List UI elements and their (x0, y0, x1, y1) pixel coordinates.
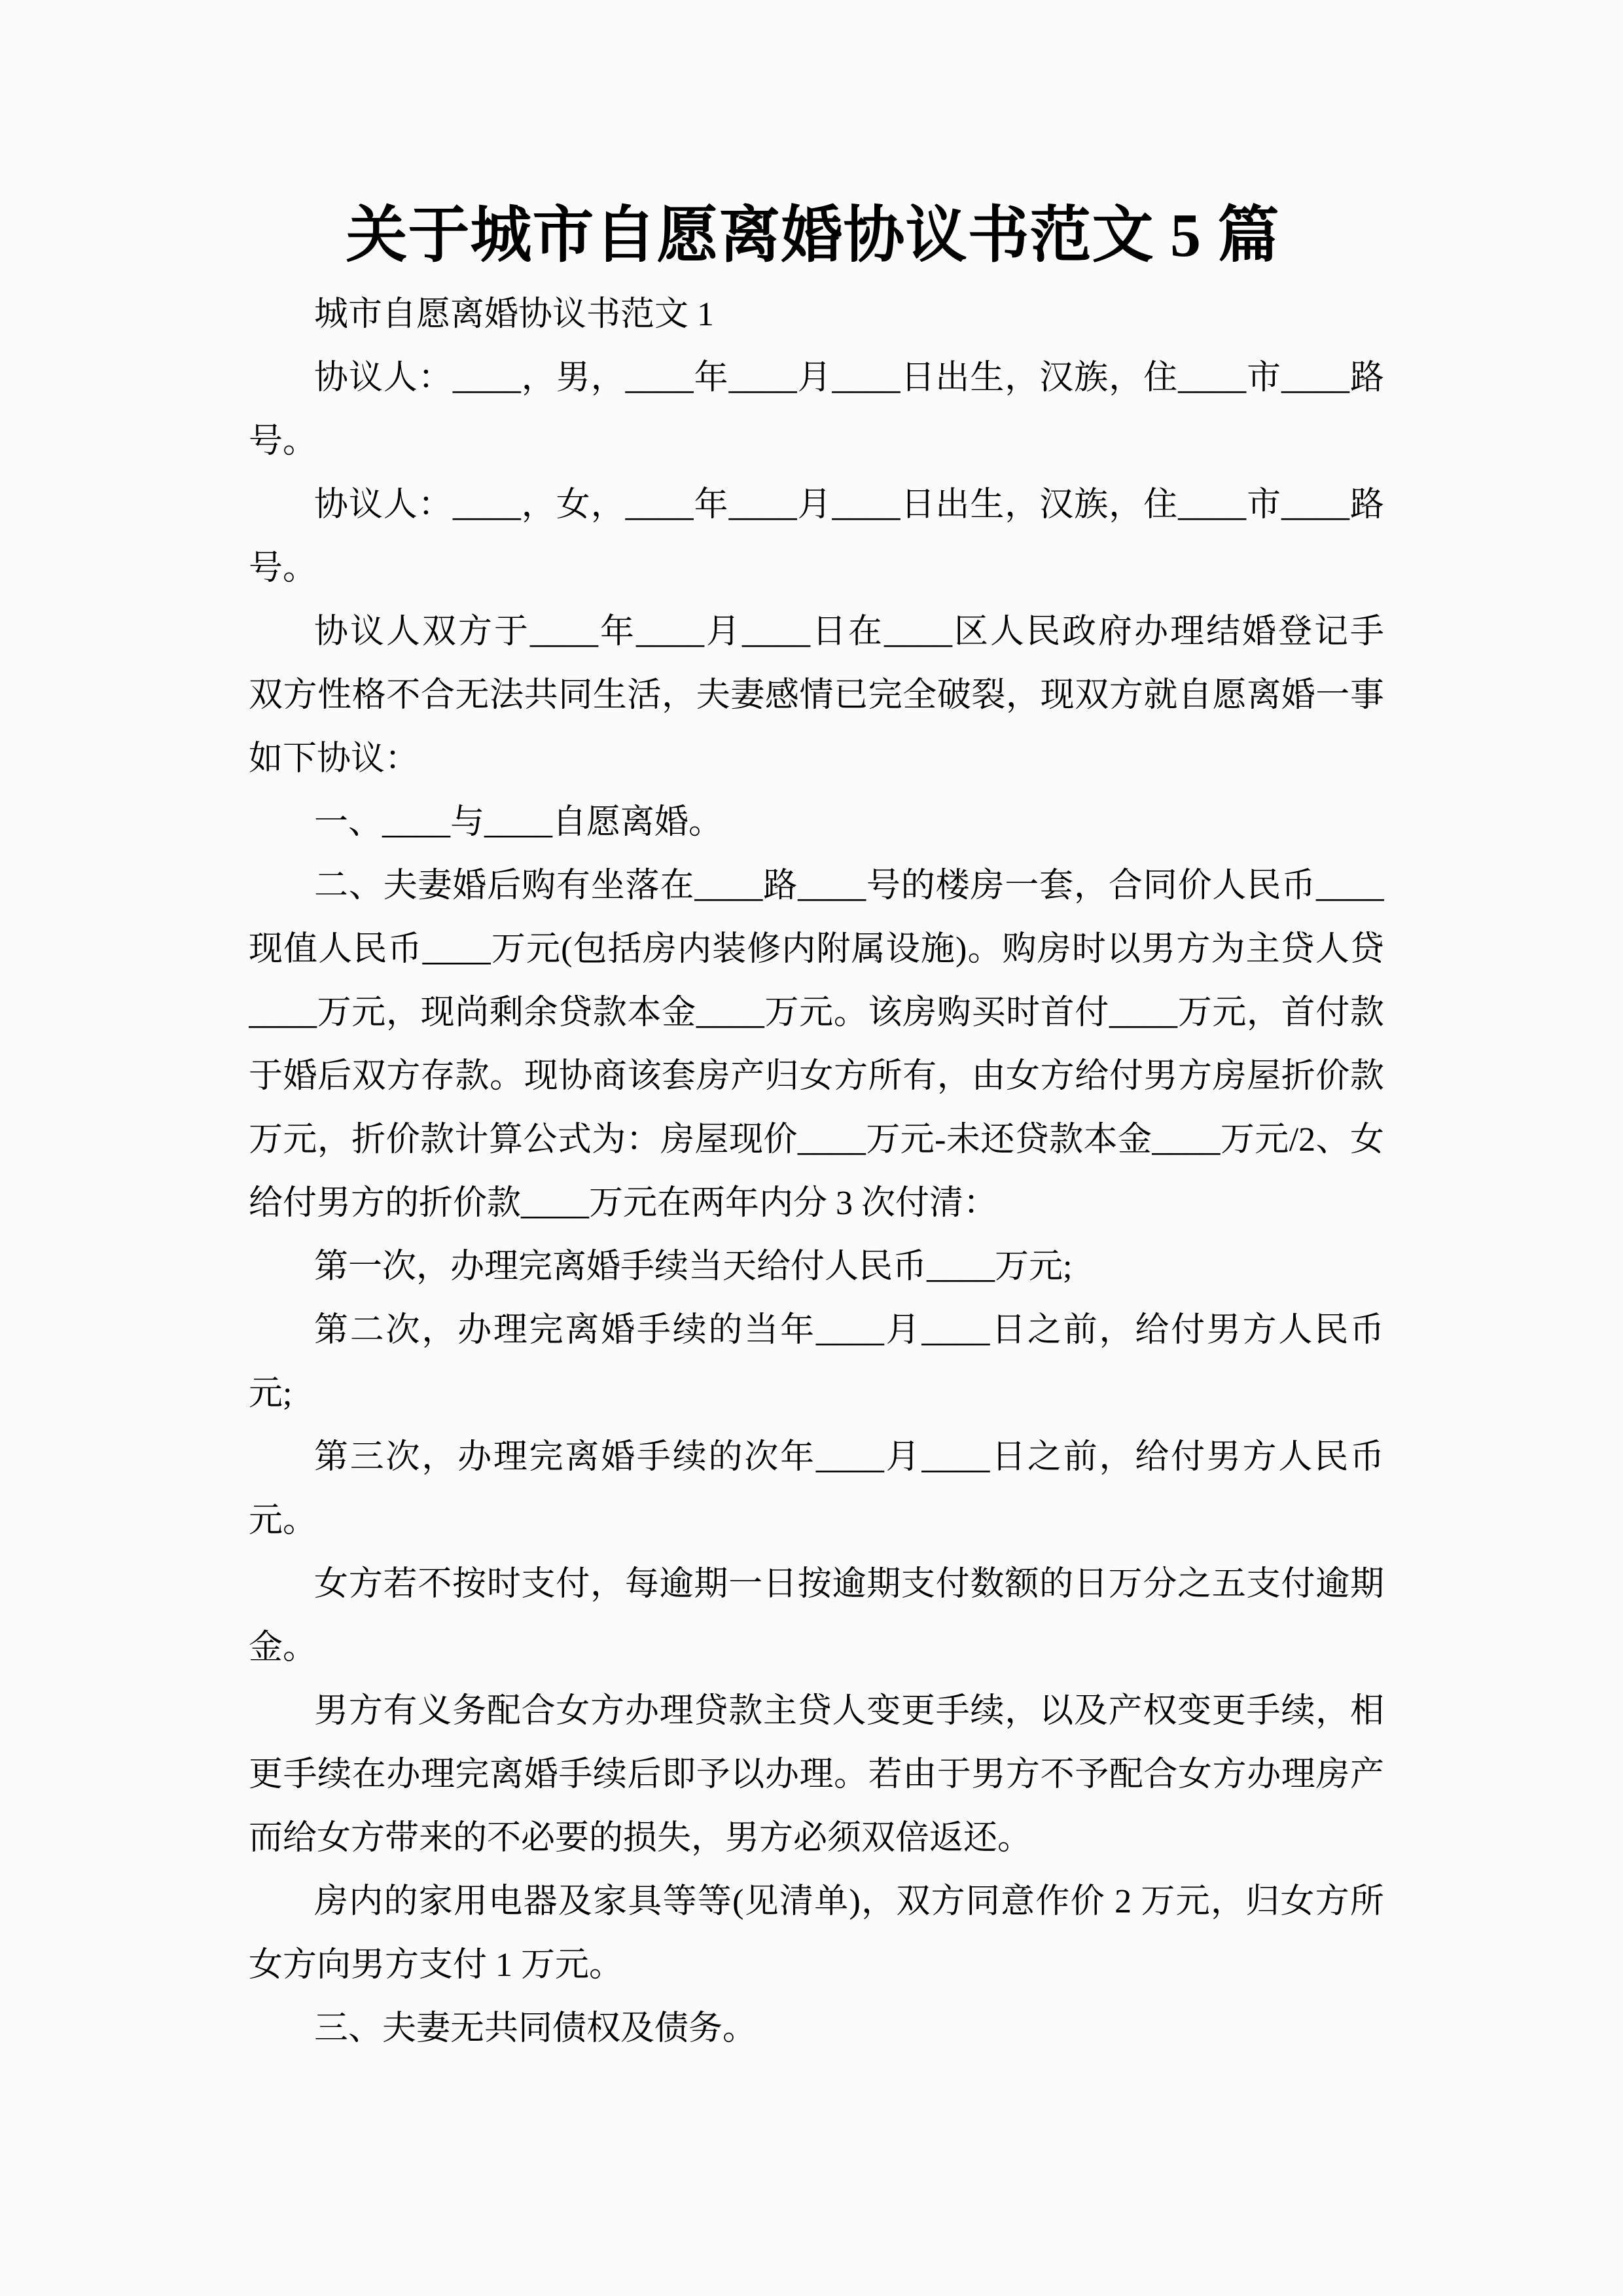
text-line: 女方向男方支付 1 万元。 (249, 1933, 1384, 1997)
text-line: 一、____与____自愿离婚。 (249, 791, 1384, 854)
text-line: 二、夫妻婚后购有坐落在____路____号的楼房一套，合同价人民币____万元， (249, 854, 1384, 918)
text-line: 女方若不按时支付，每逾期一日按逾期支付数额的日万分之五支付逾期违约 (249, 1552, 1384, 1616)
text-line: 双方性格不合无法共同生活，夫妻感情已完全破裂，现双方就自愿离婚一事达成 (249, 664, 1384, 727)
text-line: ____万元，现尚剩余贷款本金____万元。该房购买时首付____万元，首付款来… (249, 981, 1384, 1045)
text-line: 于婚后双方存款。现协商该套房产归女方所有，由女方给付男方房屋折价款____ (249, 1045, 1384, 1108)
text-line: 第三次，办理完离婚手续的次年____月____日之前，给付男方人民币____万 (249, 1426, 1384, 1489)
text-line: 男方有义务配合女方办理贷款主贷人变更手续，以及产权变更手续，相关变 (249, 1679, 1384, 1743)
text-line: 元; (249, 1362, 1384, 1426)
document-title: 关于城市自愿离婚协议书范文 5 篇 (243, 199, 1382, 273)
text-line: 现值人民币____万元(包括房内装修内附属设施)。购房时以男方为主贷人贷款 (249, 918, 1384, 981)
text-line: 号。 (249, 410, 1384, 473)
text-line: 金。 (249, 1616, 1384, 1679)
text-line: 协议人：____，男，____年____月____日出生，汉族，住____市__… (249, 346, 1384, 410)
text-line: 更手续在办理完离婚手续后即予以办理。若由于男方不予配合女方办理房产转移 (249, 1743, 1384, 1806)
text-line: 房内的家用电器及家具等等(见清单)，双方同意作价 2 万元，归女方所有， (249, 1870, 1384, 1933)
text-line: 城市自愿离婚协议书范文 1 (249, 283, 1384, 346)
text-line: 三、夫妻无共同债权及债务。 (249, 1997, 1384, 2060)
text-line: 元。 (249, 1489, 1384, 1552)
text-line: 给付男方的折价款____万元在两年内分 3 次付清： (249, 1172, 1384, 1235)
text-line: 协议人：____，女，____年____月____日出生，汉族，住____市__… (249, 473, 1384, 537)
text-line: 第一次，办理完离婚手续当天给付人民币____万元; (249, 1235, 1384, 1299)
text-line: 而给女方带来的不必要的损失，男方必须双倍返还。 (249, 1806, 1384, 1870)
document-body: 城市自愿离婚协议书范文 1协议人：____，男，____年____月____日出… (249, 283, 1384, 2060)
text-line: 号。 (249, 537, 1384, 600)
text-line: 如下协议： (249, 727, 1384, 791)
text-line: 协议人双方于____年____月____日在____区人民政府办理结婚登记手续。… (249, 600, 1384, 664)
document-page: 关于城市自愿离婚协议书范文 5 篇 城市自愿离婚协议书范文 1协议人：____，… (0, 0, 1623, 2296)
text-line: 第二次，办理完离婚手续的当年____月____日之前，给付男方人民币____万 (249, 1299, 1384, 1362)
text-line: 万元，折价款计算公式为：房屋现价____万元-未还贷款本金____万元/2、女方 (249, 1108, 1384, 1172)
